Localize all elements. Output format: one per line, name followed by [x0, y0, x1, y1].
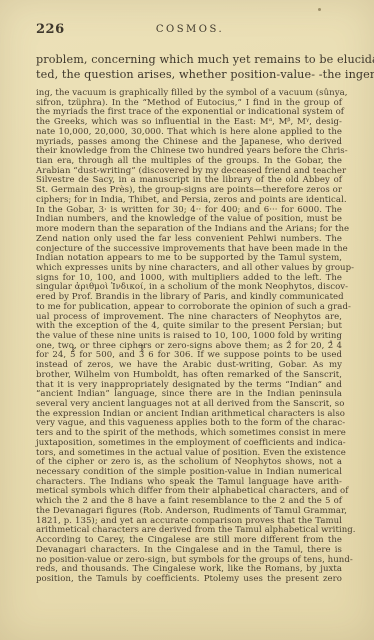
footnote-line: position, the Tamuls by coefficients. Pt… [36, 575, 342, 585]
scan-speck [318, 8, 321, 11]
main-text-line: problem, concerning which much yet remai… [36, 52, 342, 67]
main-text-block: problem, concerning which much yet remai… [36, 52, 342, 82]
page-header: 226 COSMOS. [36, 22, 344, 38]
book-page: 226 COSMOS. problem, concerning which mu… [0, 0, 374, 640]
main-text-line: ted, the question arises, whether positi… [36, 67, 342, 82]
running-title: COSMOS. [36, 24, 344, 35]
footnote-block: ing, the vacuum is graphically filled by… [36, 89, 342, 585]
